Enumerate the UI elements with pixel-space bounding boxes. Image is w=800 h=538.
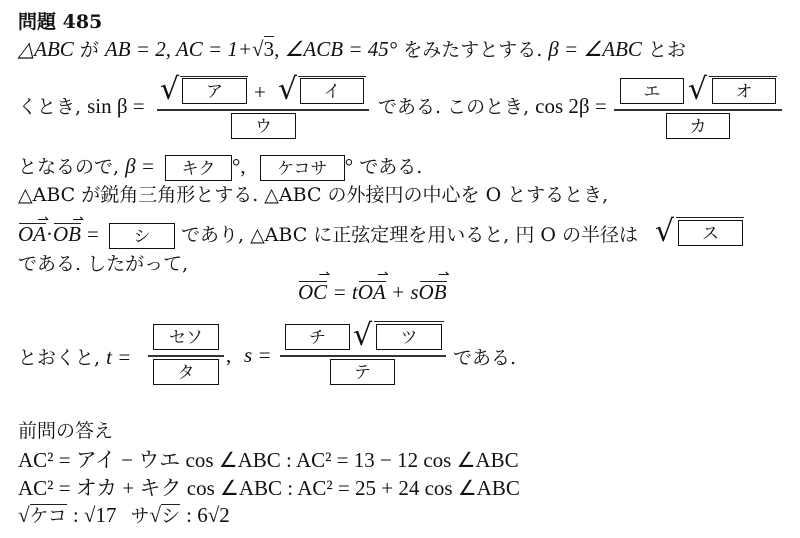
problem-line-5: OA·OB = シ であり, △ABC に正弦定理を用いると, 円 O の半径は: [18, 222, 638, 249]
sqrt-icon: √: [655, 214, 674, 249]
fraction-bar: [148, 355, 224, 357]
sqrt-icon: √: [252, 37, 264, 61]
answer-box-i[interactable]: イ: [300, 78, 364, 104]
sqrt-icon: √: [688, 72, 707, 107]
answer-box-ta[interactable]: タ: [153, 359, 219, 385]
problem-line-3: となるので, β = キク°, ケコサ° である.: [18, 154, 422, 181]
answer-box-seso[interactable]: セソ: [153, 324, 219, 350]
cos-2beta-label: である. このとき, cos 2β =: [378, 92, 607, 119]
answer-box-u[interactable]: ウ: [231, 113, 296, 139]
sqrt-icon: √: [18, 503, 30, 527]
vector-oa: OA: [18, 222, 46, 246]
fraction-bar: [157, 109, 369, 111]
t-label: とおくと, t =: [18, 343, 131, 370]
answer-box-a[interactable]: ア: [182, 78, 247, 104]
answer-box-chi[interactable]: チ: [285, 324, 350, 350]
sqrt-icon: √: [353, 318, 372, 353]
previous-answer-row-2: AC² = オカ + キク cos ∠ABC : AC² = 25 + 24 c…: [18, 476, 520, 500]
s-label: s =: [244, 343, 272, 368]
answer-box-shi[interactable]: シ: [109, 223, 175, 249]
problem-line-4: △ABC が鋭角三角形とする. △ABC の外接円の中心を O とするとき,: [18, 183, 608, 207]
answer-box-ka[interactable]: カ: [666, 113, 730, 139]
fraction-bar: [614, 109, 782, 111]
sqrt-overline: [374, 321, 444, 322]
vector-equation: OC = tOA + sOB: [298, 280, 447, 305]
answer-box-tsu[interactable]: ツ: [376, 324, 442, 350]
previous-answer-row-1: AC² = アイ − ウエ cos ∠ABC : AC² = 13 − 12 c…: [18, 448, 519, 472]
plus-sign: +: [254, 80, 266, 105]
vector-oc: OC: [298, 280, 327, 305]
answer-box-e[interactable]: エ: [620, 78, 684, 104]
sqrt-overline: [676, 217, 744, 218]
previous-answers-heading: 前問の答え: [18, 419, 113, 443]
answer-box-su[interactable]: ス: [678, 220, 743, 246]
sin-beta-label: くとき, sin β =: [18, 92, 145, 119]
problem-title: 問題 485: [18, 10, 102, 34]
sqrt-icon: √: [150, 503, 162, 527]
vector-oa: OA: [358, 280, 386, 305]
vector-ob: OB: [53, 222, 81, 246]
problem-line-1: △ABC が AB = 2, AC = 1+√3, ∠ACB = 45° をみた…: [18, 37, 686, 62]
previous-answer-row-3: √ケコ : √17 サ√シ : 6√2: [18, 503, 230, 528]
sqrt-icon: √: [278, 72, 297, 107]
fraction-bar: [280, 355, 446, 357]
answer-box-kiku[interactable]: キク: [165, 155, 232, 181]
vector-ob: OB: [419, 280, 447, 305]
triangle-abc: △ABC: [18, 37, 74, 61]
problem-line-6: である. したがって,: [18, 252, 188, 276]
answer-box-kekosa[interactable]: ケコサ: [260, 155, 345, 181]
answer-box-te[interactable]: テ: [330, 359, 395, 385]
sqrt-icon: √: [160, 72, 179, 107]
answer-box-o[interactable]: オ: [712, 78, 776, 104]
